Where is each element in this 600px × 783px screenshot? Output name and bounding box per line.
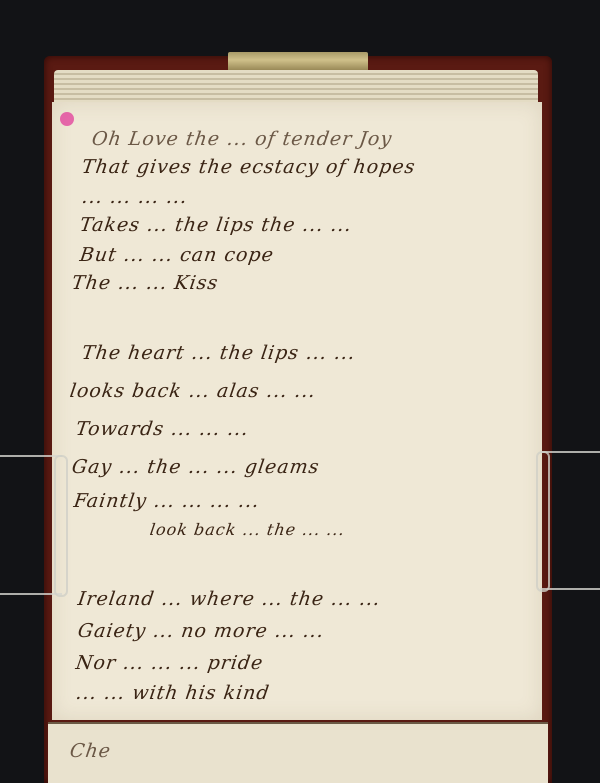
verse-line: ... ... ... ... [80, 186, 189, 208]
verse-line: That gives the ecstacy of hopes [80, 156, 417, 178]
page-edges [54, 70, 538, 106]
verse-line: looks back ... alas ... ... [68, 380, 317, 402]
verse-line: Faintly ... ... ... ... [72, 490, 261, 512]
verse-line: Gaiety ... no more ... ... [76, 620, 325, 642]
next-page-text: Che [68, 740, 112, 762]
elastic-loop-left [54, 455, 68, 597]
verse-line: look back ... the ... ... [149, 520, 347, 539]
verse-line: Ireland ... where ... the ... ... [76, 588, 382, 610]
verse-line: But ... ... can cope [78, 244, 275, 266]
next-page [48, 722, 548, 783]
pink-mark [60, 112, 74, 126]
verse-line: Oh Love the ... of tender Joy [90, 128, 393, 150]
elastic-loop-right [536, 451, 550, 592]
verse-line: The ... ... Kiss [70, 272, 219, 294]
elastic-band-left-top [0, 455, 62, 457]
verse-line: Nor ... ... ... pride [74, 652, 264, 674]
metal-clasp [228, 52, 368, 72]
verse-line: Towards ... ... ... [74, 418, 250, 440]
verse-line: ... ... with his kind [74, 682, 271, 704]
elastic-band-left-bottom [0, 593, 62, 595]
verse-line: The heart ... the lips ... ... [80, 342, 357, 364]
verse-line: Gay ... the ... ... gleams [70, 456, 321, 478]
verse-line: Takes ... the lips the ... ... [78, 214, 353, 236]
